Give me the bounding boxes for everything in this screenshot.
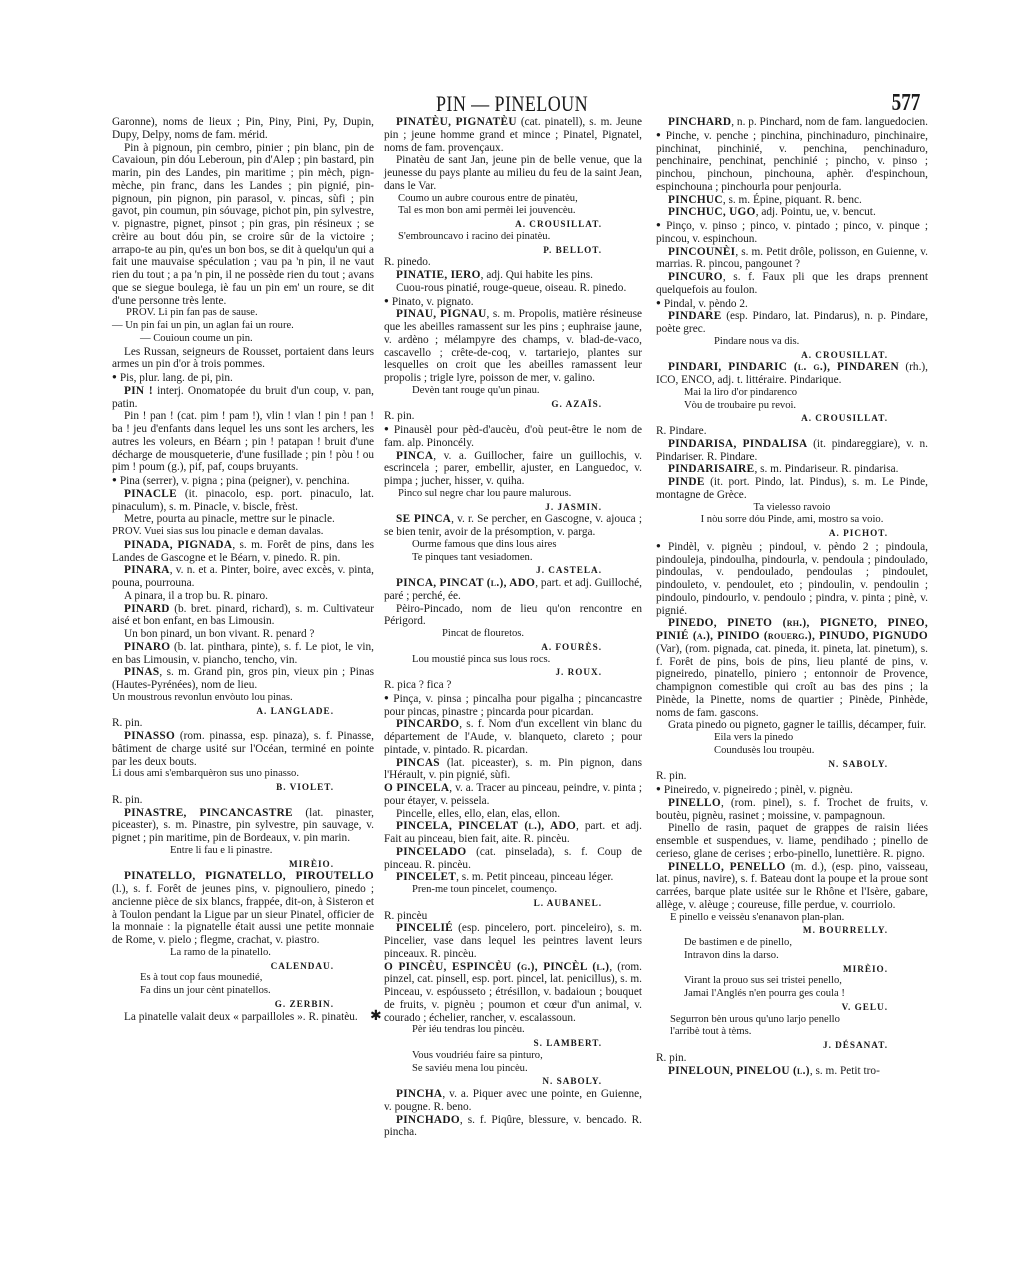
entry-text: Pèiro-Pincado, nom de lieu qu'on rencont… — [384, 603, 642, 629]
headword: PINCA — [396, 450, 433, 462]
dictionary-entry: PINARA, v. n. et a. Pinter, boire, avec … — [112, 564, 374, 590]
proverb: PROV. Li pin fan pas de sause. — [112, 307, 374, 320]
headword: PINCHA — [396, 1088, 442, 1100]
headword: PINATÈU, PIGNATÈU — [396, 116, 517, 128]
headword: PINDE — [668, 476, 705, 488]
headword: PINCELA, PINCELAT (l.), ADO — [396, 820, 576, 832]
entry-text: Pin à pignoun, pin cembro, pinier ; pin … — [112, 142, 374, 308]
headword: PIN ! — [124, 385, 153, 397]
headword: PINELOUN, PINELOU (l.) — [668, 1065, 810, 1077]
dictionary-entry: PINADA, PIGNADA, s. m. Forêt de pins, da… — [112, 539, 374, 565]
etymology-ref: R. pin. — [656, 770, 928, 783]
running-header: PIN — PINELOUN — [92, 91, 932, 117]
proverb: — Un pin fai un pin, un aglan fai un rou… — [112, 320, 374, 333]
dictionary-entry: PINASSO (rom. pinassa, esp. pinaza), s. … — [112, 730, 374, 768]
headword: PINDARISA, PINDALISA — [668, 438, 807, 450]
entry-text: Garonne), noms de lieux ; Pin, Piny, Pin… — [112, 116, 374, 142]
dictionary-entry: O PINCELA, v. a. Tracer au pinceau, pein… — [384, 782, 642, 808]
dictionary-entry: PIN ! interj. Onomatopée du bruit d'un c… — [112, 385, 374, 411]
dictionary-entry: PINELLO, PENELLO (m. d.), (esp. pino, va… — [656, 861, 928, 912]
entry-text: Pinche, v. penche ; pinchina, pinchinadu… — [656, 129, 928, 194]
entry-text: Pis, plur. lang. de pi, pin. — [112, 371, 374, 385]
headword: PINDARI, PINDARIC (l. g.), PINDAREN — [668, 361, 899, 373]
quotation-author: G. ZERBIN. — [112, 998, 374, 1011]
quotation: E pinello e veissèu s'enanavon plan-plan… — [656, 912, 928, 925]
etymology-ref: R. pinedo. — [384, 256, 642, 269]
headword: O PINCÈU, ESPINCÈU (g.), PINCÈL (l.) — [384, 961, 609, 973]
headword: PINCURO — [668, 271, 723, 283]
dictionary-entry: PINCA, PINCAT (l.), ADO, part. et adj. G… — [384, 577, 642, 603]
headword: PINELLO, PENELLO — [668, 861, 786, 873]
entry-definition: , s. m. Épine, piquant. R. benc. — [723, 194, 862, 206]
entry-text: Pinça, v. pinsa ; pincalha pour pigalha … — [384, 692, 642, 719]
etymology-ref: R. pin. — [384, 410, 642, 423]
entry-definition: , adj. Pointu, ue, v. bencut. — [756, 206, 876, 218]
headword: PINCHARD — [668, 116, 731, 128]
proverb-text: Li pin fan pas de sause. — [158, 307, 257, 318]
entry-text: Pinço, v. pinso ; pinco, v. pintado ; pi… — [656, 219, 928, 246]
dictionary-entry: PINARD (b. bret. pinard, richard), s. m.… — [112, 603, 374, 629]
dictionary-entry: PINATELLO, PIGNATELLO, PIROUTELLO (l.), … — [112, 870, 374, 947]
headword: PINASTRE, PINCANCASTRE — [124, 807, 293, 819]
entry-definition: (l.), s. f. Forêt de jeunes pins, v. pig… — [112, 883, 374, 946]
dictionary-entry: PINCOUNÈI, s. m. Petit drôle, polisson, … — [656, 246, 928, 272]
quotation-author: P. BELLOT. — [384, 244, 642, 257]
dictionary-entry: O PINCÈU, ESPINCÈU (g.), PINCÈL (l.), (r… — [384, 961, 642, 1025]
entry-text: Les Russan, seigneurs de Rousset, portai… — [112, 346, 374, 372]
headword: PINAU, PIGNAU — [396, 308, 487, 320]
entry-text: Pincelle, elles, ello, elan, elas, ellon… — [384, 808, 642, 821]
dictionary-entry: PINCHUC, UGO, adj. Pointu, ue, v. bencut… — [656, 206, 928, 219]
dictionary-entry: PINDARE (esp. Pindaro, lat. Pindarus), n… — [656, 310, 928, 336]
asterisk-mark: ✱ — [370, 1008, 382, 1025]
headword: PINCHADO — [396, 1114, 460, 1126]
quotation: Pindare nous va dis. — [656, 336, 928, 349]
entry-text: Pinausèl pour pèd-d'aucèu, d'où peut-êtr… — [384, 423, 642, 450]
entry-definition: , s. m. Petit tro- — [810, 1065, 880, 1077]
etymology-ref: R. pin. — [656, 1052, 928, 1065]
quotation-author: J. DÉSANAT. — [656, 1039, 928, 1052]
column-2: PINATÈU, PIGNATÈU (cat. pinatell), s. m.… — [384, 116, 642, 1139]
dictionary-entry: SE PINCA, v. r. Se percher, en Gascogne,… — [384, 513, 642, 539]
entry-text: La pinatelle valait deux « parpailloles … — [112, 1011, 374, 1024]
quotation-author: V. GELU. — [656, 1001, 928, 1014]
dictionary-entry: PINCELADO (cat. pinselada), s. f. Coup d… — [384, 846, 642, 872]
headword: PINEDO, PINETO (rh.), PIGNETO, PINEO, PI… — [656, 617, 928, 642]
entry-text: Pinello de rasin, paquet de grappes de r… — [656, 822, 928, 860]
dictionary-entry: PINATÈU, PIGNATÈU (cat. pinatell), s. m.… — [384, 116, 642, 154]
quotation-author: MIRÈIO. — [656, 963, 928, 976]
proverb: PROV. Vuei sias sus lou pinacle e deman … — [112, 526, 374, 539]
dictionary-entry: PINAU, PIGNAU, s. m. Propolis, matière r… — [384, 308, 642, 385]
etymology-ref: R. Pindare. — [656, 425, 928, 438]
quotation: Pèr iéu tendras lou pincèu. — [384, 1024, 642, 1037]
headword: PINARD — [124, 603, 170, 615]
quotation: Devèn tant rouge qu'un pinau. — [384, 385, 642, 398]
etymology-ref: R. pin. — [112, 717, 374, 730]
headword: PINCA, PINCAT (l.), ADO — [396, 577, 535, 589]
quotation: Ta vielesso ravoio I nòu sorre dóu Pinde… — [656, 502, 928, 528]
quotation: Pren-me toun pincelet, coumenço. — [384, 884, 642, 897]
etymology-ref: R. pin. — [112, 794, 374, 807]
dictionary-entry: PINCAS (lat. piceaster), s. m. Pin pigno… — [384, 757, 642, 783]
dictionary-entry: PINAS, s. m. Grand pin, gros pin, vieux … — [112, 666, 374, 692]
dictionary-entry: PINCELIÉ (esp. pincelero, port. pincelei… — [384, 922, 642, 960]
quotation: Lou moustié pinca sus lous rocs. — [384, 654, 642, 667]
dictionary-entry: PINCARDO, s. f. Nom d'un excellent vin b… — [384, 718, 642, 756]
quotation-author: L. AUBANEL. — [384, 897, 642, 910]
entry-text: Pindal, v. pèndo 2. — [656, 297, 928, 311]
headword: PINCARDO — [396, 718, 459, 730]
quotation: De bastimen e de pinello, Intravon dins … — [656, 937, 928, 963]
etymology-ref: R. pincèu — [384, 910, 642, 923]
quotation: Pinco sul negre char lou paure malurous. — [384, 488, 642, 501]
quotation-author: G. AZAÏS. — [384, 398, 642, 411]
dictionary-entry: PINDE (it. port. Pindo, lat. Pindus), s.… — [656, 476, 928, 502]
dictionary-entry: PINELLO, (rom. pinel), s. f. Trochet de … — [656, 797, 928, 823]
quotation-author: M. BOURRELLY. — [656, 924, 928, 937]
entry-definition: , s. m. Pindariseur. R. pindarisa. — [754, 463, 898, 475]
headword: PINDARE — [668, 310, 722, 322]
entry-definition: (Var), (rom. pignada, cat. pineda, it. p… — [656, 643, 928, 719]
quotation-author: A. CROUSILLAT. — [656, 349, 928, 362]
quotation: Li dous ami s'embarquèron sus uno pinass… — [112, 768, 374, 781]
page-number: 577 — [892, 90, 921, 117]
quotation-author: S. LAMBERT. — [384, 1037, 642, 1050]
headword: PINCELIÉ — [396, 922, 453, 934]
entry-text: A pinara, il a trop bu. R. pinaro. — [112, 590, 374, 603]
headword: PINAS — [124, 666, 159, 678]
dictionary-entry: PINCHADO, s. f. Piqûre, blessure, v. ben… — [384, 1114, 642, 1140]
quotation: Entre li fau e li pinastre. — [112, 845, 374, 858]
entry-text: Pindèl, v. pignèu ; pindoul, v. pèndo 2 … — [656, 540, 928, 618]
quotation: Ourme famous que dins lous aires Te pinq… — [384, 539, 642, 565]
dictionary-entry: PINASTRE, PINCANCASTRE (lat. pinaster, p… — [112, 807, 374, 845]
quotation: S'embrouncavo i racino dei pinatèu. — [384, 231, 642, 244]
headword: PINATIE, IERO — [396, 269, 481, 281]
dictionary-entry: PINCURO, s. f. Faux pli que les draps pr… — [656, 271, 928, 297]
etymology-ref: R. pica ? fica ? — [384, 679, 642, 692]
quotation-author: N. SABOLY. — [656, 758, 928, 771]
dictionary-entry: PINCELET, s. m. Petit pinceau, pinceau l… — [384, 871, 642, 884]
quotation: Eila vers la pinedo Coundusès lou troupè… — [656, 732, 928, 758]
dictionary-entry: PINEDO, PINETO (rh.), PIGNETO, PINEO, PI… — [656, 617, 928, 719]
quotation-author: N. SABOLY. — [384, 1075, 642, 1088]
dictionary-entry: PINCHUC, s. m. Épine, piquant. R. benc. — [656, 194, 928, 207]
dictionary-entry: PINACLE (it. pinacolo, esp. port. pinacu… — [112, 488, 374, 514]
headword: PINCELET — [396, 871, 456, 883]
headword: PINCOUNÈI — [668, 246, 735, 258]
headword: PINCELADO — [396, 846, 467, 858]
quotation-author: CALENDAU. — [112, 960, 374, 973]
dictionary-entry: PINCA, v. a. Guillocher, faire un guillo… — [384, 450, 642, 488]
quotation: Pincat de flouretos. — [384, 628, 642, 641]
column-1: Garonne), noms de lieux ; Pin, Piny, Pin… — [112, 116, 374, 1023]
quotation-author: A. CROUSILLAT. — [656, 412, 928, 425]
entry-text: Pinato, v. pignato. — [384, 295, 642, 309]
dictionary-entry: PINCHARD, n. p. Pinchard, nom de fam. la… — [656, 116, 928, 129]
dictionary-entry: PINATIE, IERO, adj. Qui habite les pins. — [384, 269, 642, 282]
headword: PINELLO — [668, 797, 721, 809]
proverb: — Couioun coume un pin. — [112, 333, 374, 346]
headword: SE PINCA — [396, 513, 451, 525]
column-3: PINCHARD, n. p. Pinchard, nom de fam. la… — [656, 116, 928, 1077]
quotation-author: MIRÈIO. — [112, 858, 374, 871]
headword: PINCHUC, UGO — [668, 206, 756, 218]
headword: PINARA — [124, 564, 170, 576]
quotation: Vous voudriéu faire sa pinturo, Se savié… — [384, 1050, 642, 1076]
entry-definition: , s. m. Petit pinceau, pinceau léger. — [456, 871, 613, 883]
headword: PINACLE — [124, 488, 177, 500]
quotation-author: A. CROUSILLAT. — [384, 218, 642, 231]
headword: PINDARISAIRE — [668, 463, 754, 475]
quotation: Es à tout cop faus mounedié, Fa dins un … — [112, 972, 374, 998]
quotation-author: B. VIOLET. — [112, 781, 374, 794]
headword: PINASSO — [124, 730, 175, 742]
quotation: Segurron bèn urous qu'uno larjo penello … — [656, 1014, 928, 1040]
headword: PINATELLO, PIGNATELLO, PIROUTELLO — [124, 870, 374, 882]
entry-text: Pina (serrer), v. pigna ; pina (peigner)… — [112, 474, 374, 488]
headword: PINCAS — [396, 757, 440, 769]
dictionary-entry: PINDARISA, PINDALISA (it. pindareggiare)… — [656, 438, 928, 464]
dictionary-entry: PINARO (b. lat. pinthara, pinte), s. f. … — [112, 641, 374, 667]
headword: PINARO — [124, 641, 170, 653]
quotation: La ramo de la pinatello. — [112, 947, 374, 960]
entry-text: Pineiredo, v. pigneiredo ; pinèl, v. pig… — [656, 783, 928, 797]
quotation: Un moustrous revonlun envòuto lou pinas. — [112, 692, 374, 705]
quotation: Coumo un aubre courous entre de pinatèu,… — [384, 193, 642, 219]
quotation: Virant la prouo sus sei tristei penello,… — [656, 975, 928, 1001]
proverb-label: PROV. — [126, 307, 156, 318]
dictionary-entry: PINDARISAIRE, s. m. Pindariseur. R. pind… — [656, 463, 928, 476]
entry-text: Cuou-rous pinatié, rouge-queue, oiseau. … — [384, 282, 642, 295]
quotation-author: A. PICHOT. — [656, 527, 928, 540]
entry-text: Pinatèu de sant Jan, jeune pin de belle … — [384, 154, 642, 192]
entry-text: Grata pinedo ou pigneto, gagner le taill… — [656, 719, 928, 732]
dictionary-entry: PINDARI, PINDARIC (l. g.), PINDAREN (rh.… — [656, 361, 928, 387]
quotation-author: A. LANGLADE. — [112, 705, 374, 718]
entry-text: Metre, pourta au pinacle, mettre sur le … — [112, 513, 374, 526]
proverb-label: PROV. — [112, 526, 142, 537]
dictionary-entry: PINCHA, v. a. Piquer avec une pointe, en… — [384, 1088, 642, 1114]
quotation-author: J. JASMIN. — [384, 501, 642, 514]
headword: PINCHUC — [668, 194, 723, 206]
dictionary-entry: PINELOUN, PINELOU (l.), s. m. Petit tro- — [656, 1065, 928, 1078]
quotation-author: J. ROUX. — [384, 666, 642, 679]
proverb-text: Vuei sias sus lou pinacle e deman davala… — [144, 526, 323, 537]
quotation: Mai la liro d'or pindarenco Vòu de troub… — [656, 387, 928, 413]
headword: O PINCELA — [384, 782, 449, 794]
quotation-author: A. FOURÈS. — [384, 641, 642, 654]
quotation-author: J. CASTELA. — [384, 564, 642, 577]
headword: PINADA, PIGNADA — [124, 539, 232, 551]
entry-text: Pin ! pan ! (cat. pim ! pam !), vlin ! v… — [112, 410, 374, 474]
dictionary-entry: PINCELA, PINCELAT (l.), ADO, part. et ad… — [384, 820, 642, 846]
entry-definition: , n. p. Pinchard, nom de fam. languedoci… — [731, 116, 928, 128]
entry-text: Un bon pinard, un bon vivant. R. penard … — [112, 628, 374, 641]
entry-definition: , adj. Qui habite les pins. — [481, 269, 593, 281]
